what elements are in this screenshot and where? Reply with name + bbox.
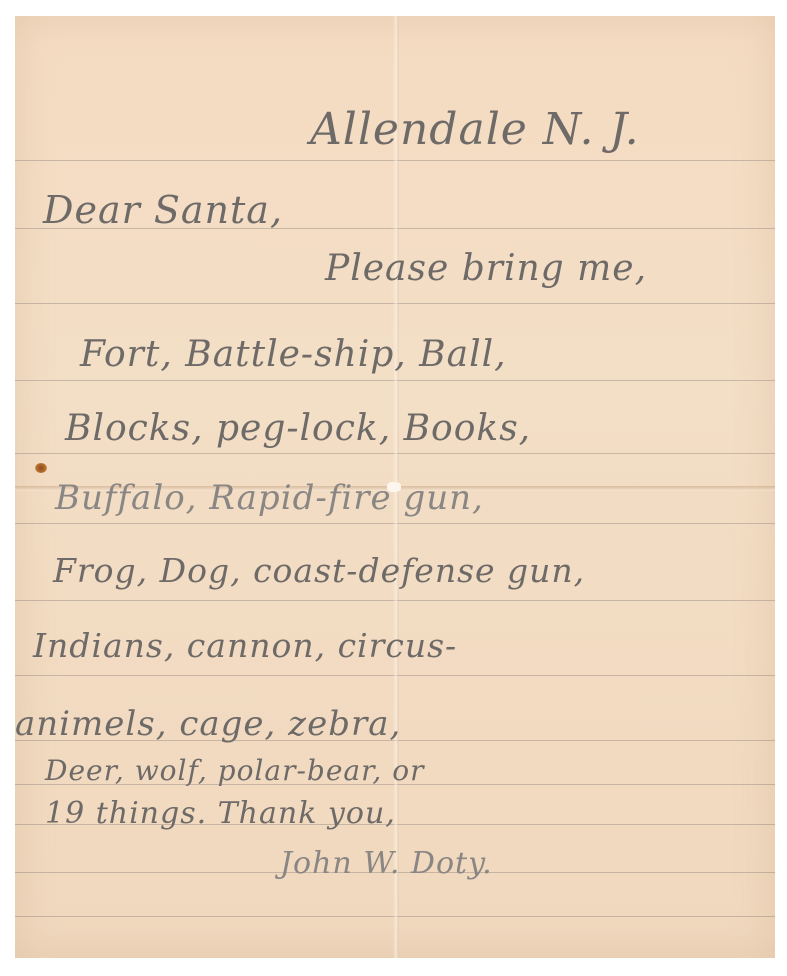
list-line-5: Indians, cannon, circus- (33, 626, 457, 665)
list-line-7: Deer, wolf, polar-bear, or (45, 754, 424, 787)
letter-closing: 19 things. Thank you, (45, 796, 396, 831)
list-line-4: Frog, Dog, coast-defense gun, (53, 551, 585, 590)
letter-signature: John W. Doty. (280, 846, 493, 881)
list-line-6: animels, cage, zebra, (15, 704, 401, 744)
list-line-1: Fort, Battle-ship, Ball, (80, 334, 507, 375)
letter-place: Allendale N. J. (310, 104, 640, 155)
letter-salutation: Dear Santa, (43, 188, 283, 232)
letter-opening: Please bring me, (325, 248, 647, 289)
list-line-2: Blocks, peg-lock, Books, (65, 408, 531, 449)
rust-stain (35, 463, 47, 473)
letter-paper: Allendale N. J. Dear Santa, Please bring… (15, 16, 775, 958)
list-line-3: Buffalo, Rapid-fire gun, (55, 478, 484, 518)
